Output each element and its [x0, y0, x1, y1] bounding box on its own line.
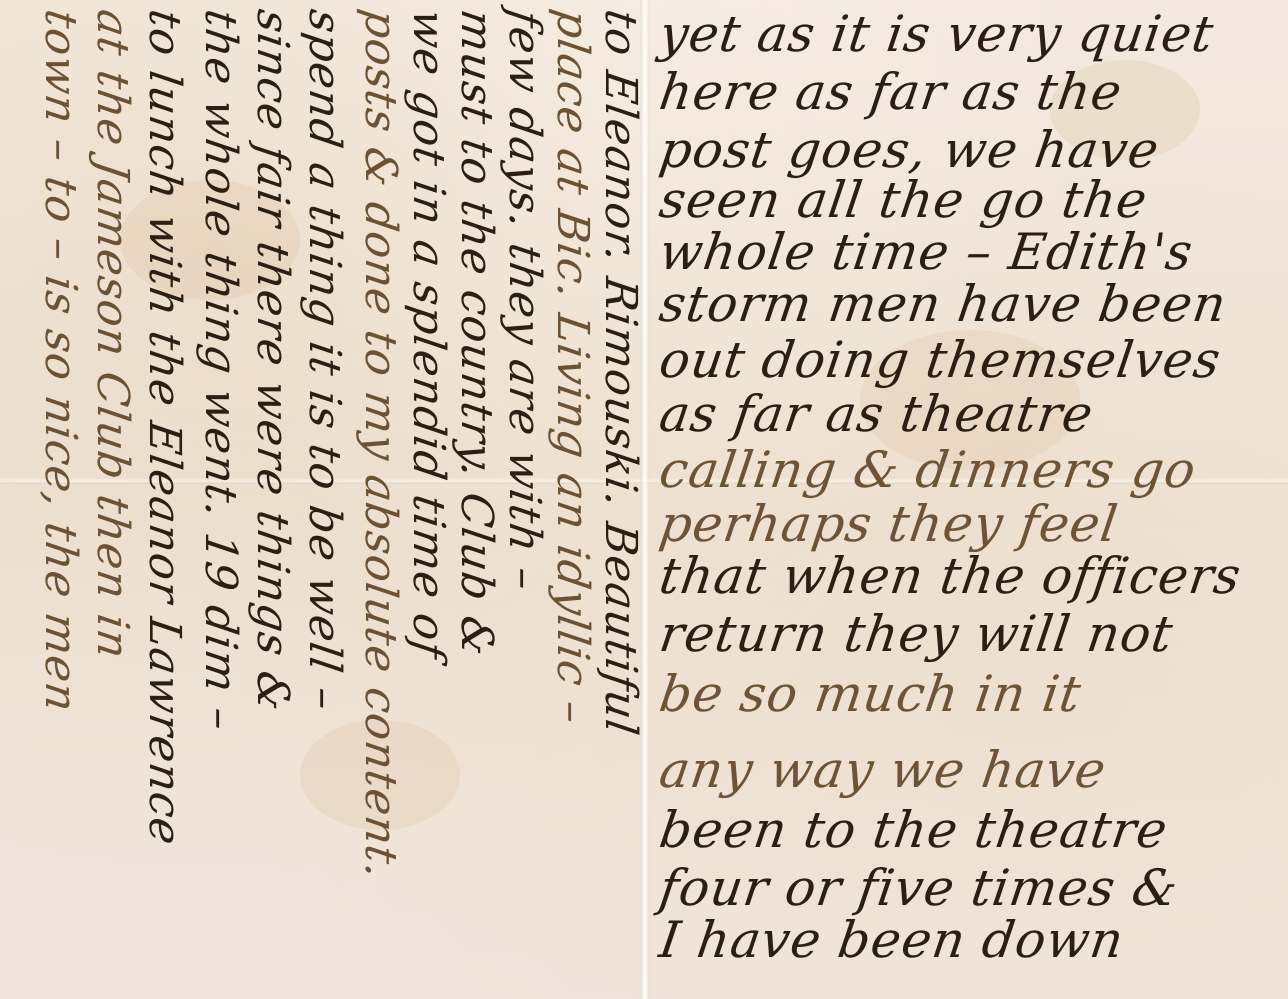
right-page-line: here as far as the: [656, 62, 1288, 122]
right-page-line: that when the officers: [656, 546, 1288, 606]
letter-sheet: to Eleanor. Rimouski. Beautiful place at…: [0, 0, 1288, 999]
right-page: yet as it is very quiet here as far as t…: [660, 0, 1288, 999]
left-page-column: to Eleanor. Rimouski. Beautiful: [596, 0, 644, 999]
left-page-column: few days. they are with –: [500, 0, 548, 999]
left-page: to Eleanor. Rimouski. Beautiful place at…: [0, 0, 640, 999]
left-page-column: spend a thing it is to be well –: [300, 0, 348, 999]
right-page-line: storm men have been: [656, 274, 1288, 334]
right-page-line: been to the theatre: [656, 800, 1288, 860]
right-page-line: seen all the go the: [656, 170, 1288, 230]
right-page-line: yet as it is very quiet: [656, 4, 1288, 64]
left-page-column: at the Jameson Club then in: [88, 0, 136, 999]
right-page-line: calling & dinners go: [656, 440, 1288, 500]
right-page-line: whole time – Edith's: [656, 222, 1288, 282]
right-page-line: out doing themselves: [656, 330, 1288, 390]
right-page-line: return they will not: [656, 604, 1288, 664]
right-page-line: be so much in it: [656, 664, 1288, 724]
right-page-line: four or five times &: [656, 858, 1288, 918]
left-page-column: we got in a splendid time of: [404, 0, 452, 999]
left-page-column: must to the country. Club &: [452, 0, 500, 999]
right-page-line: any way we have: [656, 740, 1288, 800]
left-page-column: town – to – is so nice, the men: [36, 0, 84, 999]
left-page-column: posts & done to my absolute content.: [356, 0, 404, 999]
left-page-column: since fair there were things &: [248, 0, 296, 999]
right-page-line: as far as theatre: [656, 384, 1288, 444]
right-page-line: I have been down: [656, 910, 1288, 970]
right-page-line: perhaps they feel: [656, 494, 1288, 554]
left-page-column: to lunch with the Eleanor Lawrence: [140, 0, 188, 999]
left-page-column: place at Bic. Living an idyllic –: [548, 0, 596, 999]
left-page-column: the whole thing went. 19 dim –: [196, 0, 244, 999]
